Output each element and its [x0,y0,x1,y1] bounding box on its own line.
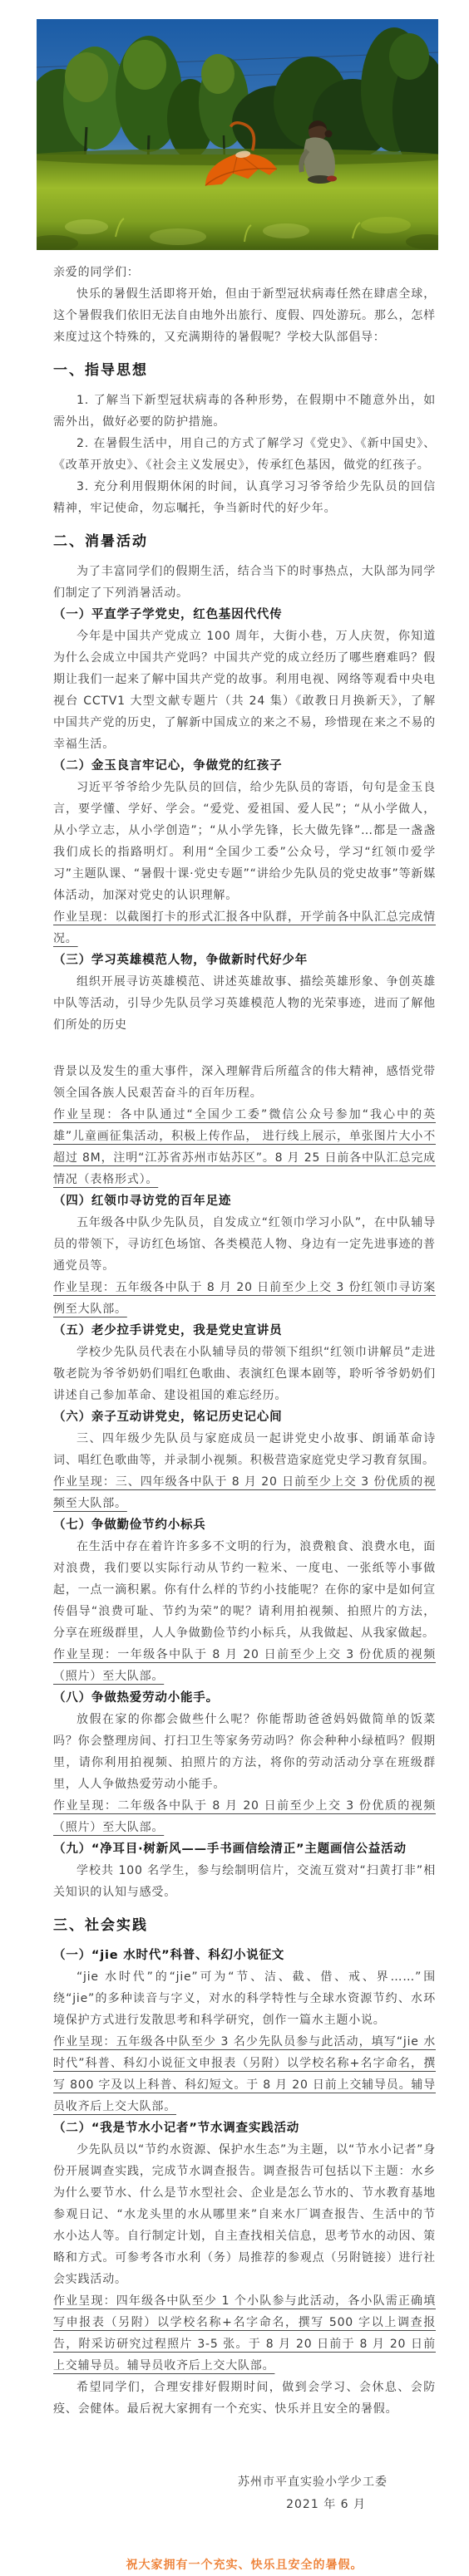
activity-heading-2: （二）金玉良言牢记心，争做党的红孩子 [53,755,436,777]
notice-page: 亲爱的同学们： 快乐的暑假生活即将开始，但由于新型冠状病毒任然在肆虐全球，这个暑… [0,0,469,2576]
signature-org: 苏州市平直实验小学少工委 [53,2471,388,2494]
practice-heading-2: （二）“我是节水小记者”节水调查实践活动 [53,2117,436,2139]
activity-paragraph: 三、四年级少先队员与家庭成员一起讲党史小故事、朗诵革命诗词、唱红色歌曲等，并录制… [53,1428,436,1471]
activity-heading-9: （九）“净耳目·树新风——手书画信绘清正”主题画信公益活动 [53,1838,436,1860]
signature-block: 苏州市平直实验小学少工委 2021 年 6 月 [53,2471,436,2516]
letter-body: 亲爱的同学们： 快乐的暑假生活即将开始，但由于新型冠状病毒任然在肆虐全球，这个暑… [0,262,469,2576]
signature-date: 2021 年 6 月 [53,2494,388,2516]
homework-line: 作业呈现：五年级各中队至少 3 名少先队员参与此活动，填写“jie 水时代”科普… [53,2031,436,2117]
section-heading-summer-activities: 二、消暑活动 [53,531,436,552]
activity-heading-7: （七）争做勤俭节约小标兵 [53,1514,436,1536]
practice-paragraph: 少先队员以“节约水资源、保护水生态”为主题，以“节水小记者”身份开展调查实践，完… [53,2139,436,2290]
homework-line: 作业呈现：四年级各中队至少 1 个小队参与此活动，各小队需正确填写申报表（另附）… [53,2290,436,2377]
activity-heading-6: （六）亲子互动讲党史，铭记历史记心间 [53,1406,436,1428]
intro-paragraph: 快乐的暑假生活即将开始，但由于新型冠状病毒任然在肆虐全球，这个暑假我们依旧无法自… [53,283,436,348]
activity-paragraph: 组织开展寻访英雄模范、讲述英雄故事、描绘英雄形象、争创英雄中队等活动，引导少先队… [53,971,436,1036]
activity-paragraph: 五年级各中队少先队员，自发成立“红领巾学习小队”，在中队辅导员的带领下，寻访红色… [53,1212,436,1277]
footer-wish: 祝大家拥有一个充实、快乐且安全的暑假。 [53,2554,436,2576]
section-heading-social-practice: 三、社会实践 [53,1915,436,1936]
homework-line: 作业呈现：以截图打卡的形式汇报各中队群，开学前各中队汇总完成情况。 [53,906,436,949]
activity-paragraph: 在生活中存在着许许多多不文明的行为，浪费粮食、浪费水电，面对浪费，我们要以实际行… [53,1536,436,1644]
activity-paragraph: 习近平爷爷给少先队员的回信，给少先队员的寄语，句句是金玉良言，要学懂、学好、学会… [53,777,436,906]
activity-heading-8: （八）争做热爱劳动小能手。 [53,1687,436,1709]
activity-paragraph: 放假在家的你都会做些什么呢？你能帮助爸爸妈妈做简单的饭菜吗？你会整理房间、打扫卫… [53,1709,436,1795]
activities-intro: 为了丰富同学们的假期生活，结合当下的时事热点，大队部为同学们制定了下列消暑活动。 [53,561,436,604]
activity-heading-1: （一）平直学子学党史，红色基因代代传 [53,604,436,626]
salutation: 亲爱的同学们： [53,262,436,283]
numbered-item-2: 2. 在暑假生活中，用自己的方式了解学习《党史》、《新中国史》、《改革开放史》、… [53,433,436,476]
numbered-item-1: 1. 了解当下新型冠状病毒的各种形势，在假期中不随意外出，如需外出，做好必要的防… [53,390,436,433]
activity-paragraph: 学校少先队员代表在小队辅导员的带领下组织“红领巾讲解员”走进敬老院为爷爷奶奶们唱… [53,1342,436,1406]
summer-photo-illustration [37,19,438,250]
activity-heading-4: （四）红领巾寻访党的百年足迹 [53,1190,436,1212]
practice-heading-1: （一）“jie 水时代”科普、科幻小说征文 [53,1945,436,1966]
homework-line: 作业呈现：二年级各中队于 8 月 20 日前至少上交 3 份优质的视频（照片）至… [53,1795,436,1838]
numbered-item-3: 3. 充分利用假期休闲的时间，认真学习习爷爷给少先队员的回信精神，牢记使命，勿忘… [53,476,436,519]
homework-line: 作业呈现：五年级各中队于 8 月 20 日前至少上交 3 份红领巾寻访案例至大队… [53,1277,436,1320]
activity-paragraph-continued: 背景以及发生的重大事件，深入理解背后所蕴含的伟大精神，感悟党带领全国各族人民艰苦… [53,1061,436,1104]
activity-heading-5: （五）老少拉手讲党史，我是党史宣讲员 [53,1320,436,1342]
homework-line: 作业呈现：三、四年级各中队于 8 月 20 日前至少上交 3 份优质的视频至大队… [53,1471,436,1514]
practice-paragraph: “jie 水时代”的“jie”可为“节、洁、截、借、戒、界……”围绕“jie”的… [53,1966,436,2031]
homework-line: 作业呈现：一年级各中队于 8 月 20 日前至少上交 3 份优质的视频（照片）至… [53,1644,436,1687]
homework-line: 作业呈现：各中队通过“全国少工委”微信公众号参加“我心中的英雄”儿童画征集活动，… [53,1104,436,1190]
closing-paragraph: 希望同学们，合理安排好假期时间，做到会学习、会休息、会防疫、会健体。最后祝大家拥… [53,2377,436,2420]
activity-heading-3: （三）学习英雄模范人物，争做新时代好少年 [53,949,436,971]
section-heading-guiding-thought: 一、指导思想 [53,360,436,381]
activity-paragraph: 今年是中国共产党成立 100 周年，大街小巷，万人庆贺，你知道为什么会成立中国共… [53,626,436,755]
summer-photo [37,19,438,250]
activity-paragraph: 学校共 100 名学生，参与绘制明信片，交流互赏对“扫黄打非”相关知识的认知与感… [53,1860,436,1903]
